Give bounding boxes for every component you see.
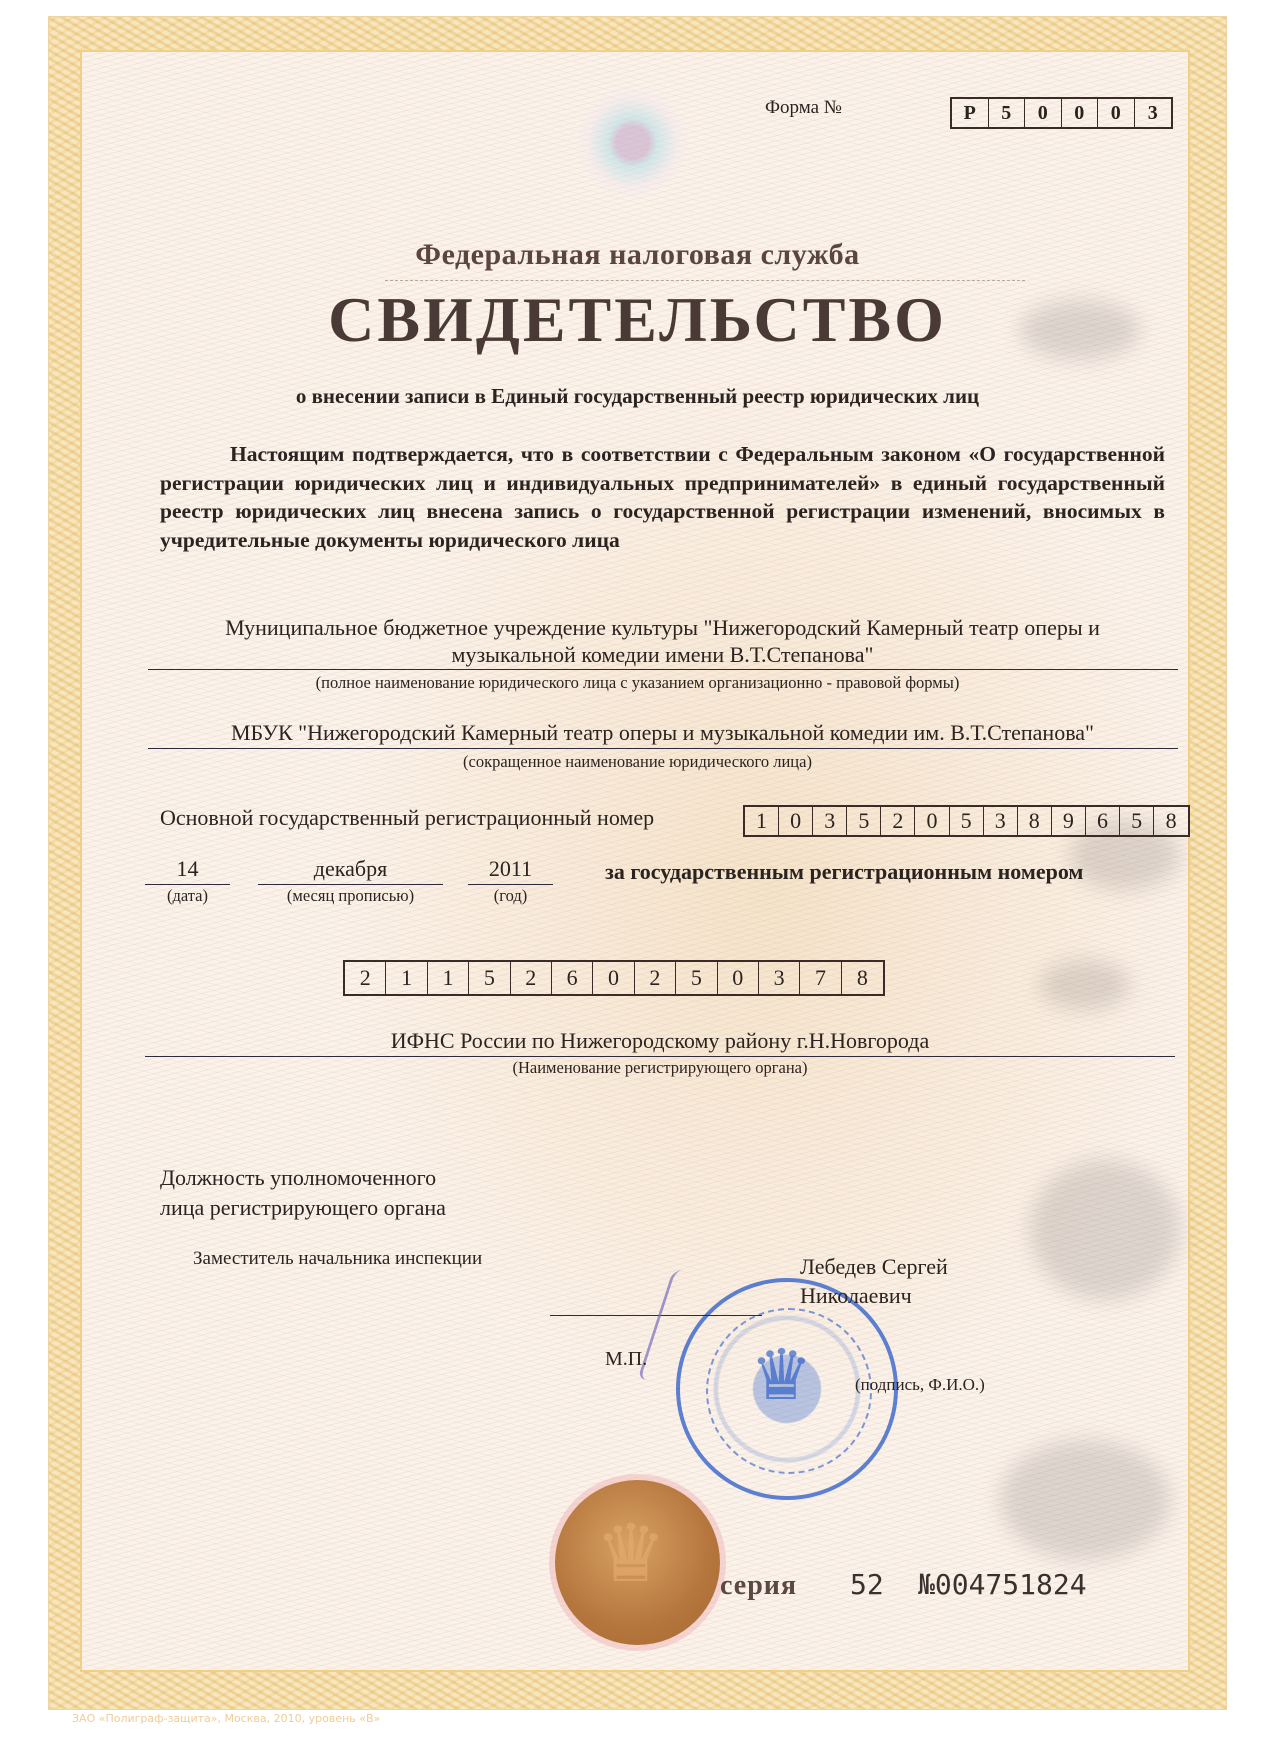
grn-digit: 7 bbox=[800, 962, 841, 994]
ogrn-number-box: 1 0 3 5 2 0 5 3 8 9 6 5 8 bbox=[743, 805, 1190, 837]
agency-name: Федеральная налоговая служба bbox=[0, 238, 1275, 272]
grn-digit: 2 bbox=[511, 962, 552, 994]
form-code-cell: 0 bbox=[1025, 99, 1062, 127]
date-month: декабря bbox=[258, 856, 443, 882]
grn-digit: 1 bbox=[386, 962, 427, 994]
grn-digit: 5 bbox=[469, 962, 510, 994]
ogrn-digit: 8 bbox=[1018, 807, 1052, 835]
ogrn-digit: 5 bbox=[1120, 807, 1154, 835]
signature-caption: (подпись, Ф.И.О.) bbox=[855, 1375, 985, 1395]
grn-digit: 0 bbox=[718, 962, 759, 994]
embossed-eagle-icon: ♛ bbox=[595, 1515, 667, 1595]
form-code-cell: 5 bbox=[989, 99, 1026, 127]
grn-label: за государственным регистрационным номер… bbox=[605, 859, 1083, 885]
scan-smudge bbox=[1000, 1440, 1170, 1560]
entity-full-name-line: Муниципальное бюджетное учреждение культ… bbox=[150, 614, 1175, 641]
date-year: 2011 bbox=[468, 856, 553, 882]
ogrn-digit: 5 bbox=[847, 807, 881, 835]
ogrn-digit: 3 bbox=[813, 807, 847, 835]
ogrn-digit: 2 bbox=[881, 807, 915, 835]
ogrn-digit: 3 bbox=[984, 807, 1018, 835]
signatory-name-line: Лебедев Сергей bbox=[800, 1252, 948, 1281]
series-value: 52 bbox=[850, 1568, 884, 1601]
ogrn-digit: 6 bbox=[1086, 807, 1120, 835]
grn-digit: 8 bbox=[842, 962, 883, 994]
date-month-caption: (месяц прописью) bbox=[258, 886, 443, 906]
divider bbox=[385, 280, 1025, 281]
grn-digit: 0 bbox=[593, 962, 634, 994]
ogrn-digit: 5 bbox=[950, 807, 984, 835]
underline bbox=[148, 748, 1178, 749]
form-code-cell: 0 bbox=[1062, 99, 1099, 127]
underline bbox=[468, 884, 553, 885]
stamp-mark: М.П. bbox=[605, 1348, 647, 1371]
entity-short-name: МБУК "Нижегородский Камерный театр оперы… bbox=[150, 720, 1175, 746]
position-label-line: лица регистрирующего органа bbox=[160, 1193, 446, 1223]
grn-digit: 2 bbox=[345, 962, 386, 994]
printer-imprint: ЗАО «Полиграф-защита», Москва, 2010, уро… bbox=[72, 1712, 380, 1725]
grn-digit: 6 bbox=[552, 962, 593, 994]
ogrn-digit: 9 bbox=[1052, 807, 1086, 835]
document-title: СВИДЕТЕЛЬСТВО bbox=[0, 283, 1275, 357]
ogrn-digit: 8 bbox=[1154, 807, 1188, 835]
form-number-box: Р 5 0 0 0 3 bbox=[950, 97, 1173, 129]
certificate-number: №004751824 bbox=[918, 1568, 1087, 1601]
scan-smudge bbox=[1030, 1160, 1180, 1300]
grn-digit: 2 bbox=[635, 962, 676, 994]
underline bbox=[258, 884, 443, 885]
grn-digit: 1 bbox=[428, 962, 469, 994]
form-code-cell: 0 bbox=[1098, 99, 1135, 127]
entity-full-name-line: музыкальной комедии имени В.Т.Степанова" bbox=[150, 641, 1175, 668]
date-day-caption: (дата) bbox=[145, 886, 230, 906]
series-label: серия bbox=[720, 1570, 797, 1602]
signature-line bbox=[550, 1315, 762, 1316]
form-code-cell: 3 bbox=[1135, 99, 1172, 127]
position-label-line: Должность уполномоченного bbox=[160, 1163, 446, 1193]
double-headed-eagle-icon: ♛ bbox=[750, 1342, 813, 1412]
signatory-position: Заместитель начальника инспекции bbox=[193, 1248, 482, 1270]
document-subtitle: о внесении записи в Единый государственн… bbox=[0, 384, 1275, 409]
date-day: 14 bbox=[145, 856, 230, 882]
scan-smudge bbox=[1040, 960, 1130, 1010]
form-code-cell: Р bbox=[952, 99, 989, 127]
grn-digit: 3 bbox=[759, 962, 800, 994]
ogrn-digit: 0 bbox=[915, 807, 949, 835]
signatory-name-line: Николаевич bbox=[800, 1281, 948, 1310]
short-name-caption: (сокращенное наименование юридического л… bbox=[0, 752, 1275, 772]
ogrn-digit: 0 bbox=[779, 807, 813, 835]
underline bbox=[148, 669, 1178, 670]
position-label: Должность уполномоченного лица регистрир… bbox=[160, 1163, 446, 1223]
gold-seal-icon: ♛ bbox=[555, 1480, 720, 1645]
hologram-emblem-icon bbox=[575, 85, 690, 200]
grn-digit: 5 bbox=[676, 962, 717, 994]
ogrn-label: Основной государственный регистрационный… bbox=[160, 805, 654, 831]
entity-full-name: Муниципальное бюджетное учреждение культ… bbox=[150, 614, 1175, 668]
authority-caption: (Наименование регистрирующего органа) bbox=[145, 1058, 1175, 1078]
full-name-caption: (полное наименование юридического лица с… bbox=[0, 673, 1275, 693]
grn-number-box: 2 1 1 5 2 6 0 2 5 0 3 7 8 bbox=[343, 960, 885, 996]
confirmation-paragraph: Настоящим подтверждается, что в соответс… bbox=[160, 440, 1165, 554]
underline bbox=[145, 1056, 1175, 1057]
date-year-caption: (год) bbox=[468, 886, 553, 906]
signatory-name: Лебедев Сергей Николаевич bbox=[800, 1252, 948, 1310]
ogrn-digit: 1 bbox=[745, 807, 779, 835]
registering-authority: ИФНС России по Нижегородскому району г.Н… bbox=[145, 1028, 1175, 1054]
form-number-label: Форма № bbox=[765, 97, 842, 119]
underline bbox=[145, 884, 230, 885]
